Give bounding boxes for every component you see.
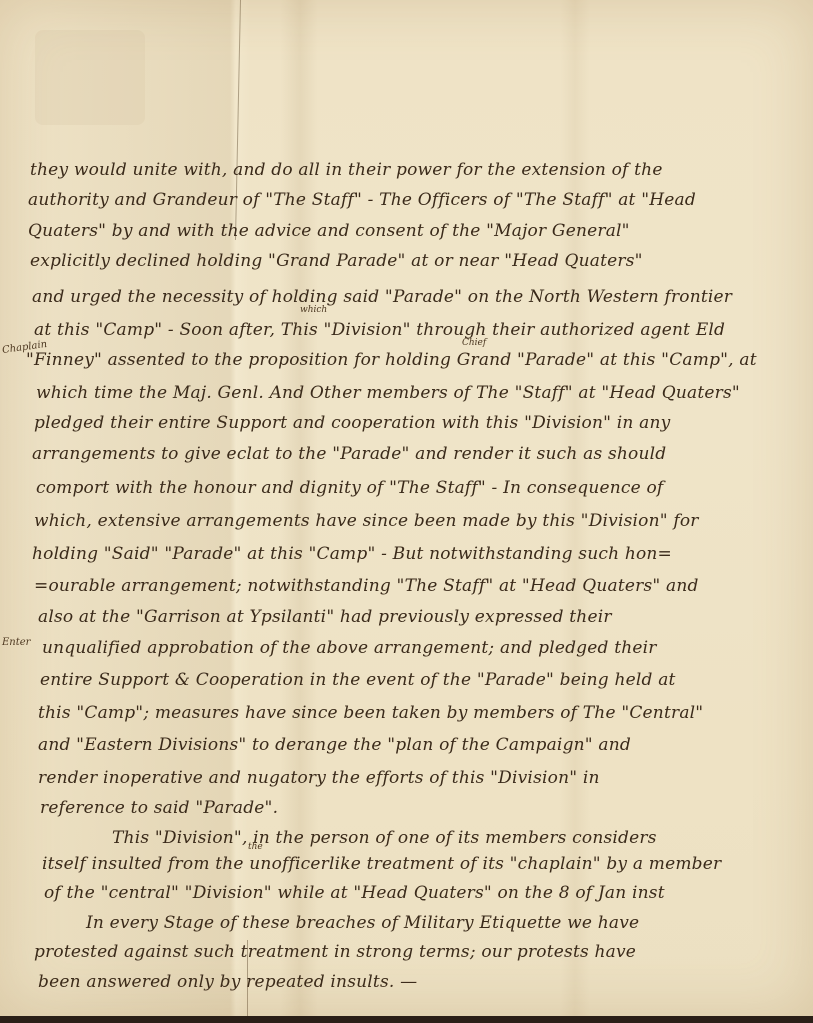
manuscript-line-3: Quaters" by and with the advice and cons… bbox=[28, 223, 630, 240]
manuscript-line-2: authority and Grandeur of "The Staff" - … bbox=[28, 192, 696, 209]
interlinear-note-chief: Chief bbox=[462, 338, 486, 348]
interlinear-note-which: which bbox=[300, 305, 327, 315]
manuscript-line-12: which, extensive arrangements have since… bbox=[34, 513, 699, 530]
manuscript-line-17: entire Support & Cooperation in the even… bbox=[40, 672, 676, 689]
manuscript-line-16: unqualified approbation of the above arr… bbox=[42, 640, 657, 657]
manuscript-line-26: protested against such treatment in stro… bbox=[34, 944, 636, 961]
manuscript-line-6: at this "Camp" - Soon after, This "Divis… bbox=[34, 322, 725, 339]
manuscript-line-15: also at the "Garrison at Ypsilanti" had … bbox=[38, 609, 612, 626]
margin-note-enter: Enter bbox=[2, 637, 30, 648]
manuscript-line-19: and "Eastern Divisions" to derange the "… bbox=[38, 737, 631, 754]
interlinear-note-the: the bbox=[248, 842, 263, 852]
manuscript-line-8: which time the Maj. Genl. And Other memb… bbox=[36, 385, 740, 402]
manuscript-line-14: =ourable arrangement; notwithstanding "T… bbox=[34, 578, 699, 595]
manuscript-line-23: itself insulted from the unofficerlike t… bbox=[42, 856, 721, 873]
manuscript-line-21: reference to said "Parade". bbox=[40, 800, 278, 817]
manuscript-line-5: and urged the necessity of holding said … bbox=[32, 289, 732, 306]
scan-border bbox=[0, 1016, 813, 1023]
manuscript-line-20: render inoperative and nugatory the effo… bbox=[38, 770, 600, 787]
manuscript-line-7: "Finney" assented to the proposition for… bbox=[26, 352, 757, 369]
manuscript-line-9: pledged their entire Support and coopera… bbox=[34, 415, 670, 432]
manuscript-line-10: arrangements to give eclat to the "Parad… bbox=[32, 446, 666, 463]
manuscript-line-11: comport with the honour and dignity of "… bbox=[36, 480, 663, 497]
manuscript-text: they would unite with, and do all in the… bbox=[0, 0, 813, 1016]
manuscript-line-27: been answered only by repeated insults. … bbox=[38, 974, 417, 991]
manuscript-page: they would unite with, and do all in the… bbox=[0, 0, 813, 1016]
manuscript-line-13: holding "Said" "Parade" at this "Camp" -… bbox=[32, 546, 672, 563]
manuscript-line-4: explicitly declined holding "Grand Parad… bbox=[30, 253, 643, 270]
manuscript-line-1: they would unite with, and do all in the… bbox=[30, 162, 663, 179]
manuscript-line-24: of the "central" "Division" while at "He… bbox=[44, 885, 665, 902]
manuscript-line-22: This "Division", in the person of one of… bbox=[112, 830, 657, 847]
manuscript-line-25: In every Stage of these breaches of Mili… bbox=[86, 915, 639, 932]
manuscript-line-18: this "Camp"; measures have since been ta… bbox=[38, 705, 703, 722]
